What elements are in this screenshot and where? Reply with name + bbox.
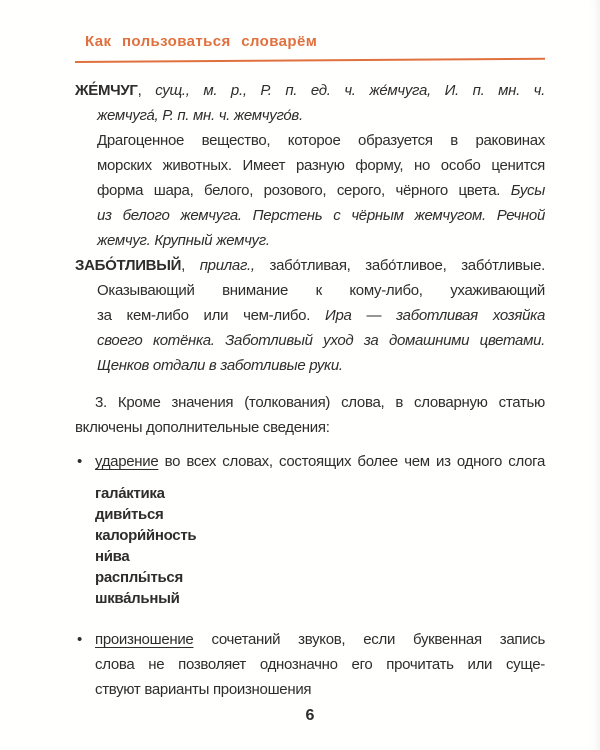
text-line: ЖЕ́МЧУГ, сущ., м. р., Р. п. ед. ч. же́мч… xyxy=(75,78,545,103)
para-3-intro: 3. Кроме значения (толкования) слова, в … xyxy=(75,390,545,440)
text-line: морских животных. Имеет разную форму, но… xyxy=(97,153,545,178)
text-line: ЗАБО́ТЛИВЫЙ, прилаг., забо́тливая, забо́… xyxy=(75,253,545,278)
text-segment: морских животных. Имеет разную форму, но… xyxy=(97,157,545,174)
text-segment: включены дополнительные сведения: xyxy=(75,419,330,436)
text-segment: Драгоценное вещество, которое образуется… xyxy=(97,132,545,149)
text-segment: из белого жемчуга. Перстень с чёрным жем… xyxy=(97,207,545,224)
text-line: форма шара, белого, розового, серого, чё… xyxy=(97,178,545,203)
text-segment: форма шара, белого, розового, серого, чё… xyxy=(97,182,511,199)
text-segment: жемчуга́, Р. п. мн. ч. жемчуго́в. xyxy=(97,107,303,124)
text-segment: калори́йность xyxy=(95,527,196,544)
text-segment: своего котёнка. Заботливый уход за домаш… xyxy=(97,332,545,349)
text-segment: прилаг., xyxy=(200,257,255,274)
text-segment: ЖЕ́МЧУГ xyxy=(75,82,138,99)
text-line: гала́ктика xyxy=(95,483,545,504)
entry-zhemchug: ЖЕ́МЧУГ, сущ., м. р., Р. п. ед. ч. же́мч… xyxy=(75,78,545,253)
text-line: ни́ва xyxy=(95,546,545,567)
text-line: ударение во всех словах, состоящих более… xyxy=(95,449,545,474)
text-segment: Щенков отдали в заботливые руки. xyxy=(97,357,343,374)
text-segment: гала́ктика xyxy=(95,485,165,502)
header-rule xyxy=(75,58,545,63)
text-line: расплы́ться xyxy=(95,567,545,588)
text-segment: ЗАБО́ТЛИВЫЙ xyxy=(75,257,181,274)
text-line: своего котёнка. Заботливый уход за домаш… xyxy=(97,328,545,353)
text-line: 3. Кроме значения (толкования) слова, в … xyxy=(95,390,545,415)
text-segment: ни́ва xyxy=(95,548,129,565)
text-line: Щенков отдали в заботливые руки. xyxy=(97,353,545,378)
text-segment: слова не позволяет однозначно его прочит… xyxy=(95,656,545,673)
text-line: ствуют варианты произношения xyxy=(95,677,545,702)
text-line: шква́льный xyxy=(95,588,545,609)
text-line: жемчуг. Крупный жемчуг. xyxy=(97,228,545,253)
word-list: гала́ктикадиви́тьсякалори́йностьни́варас… xyxy=(75,483,545,609)
bullet-proiznoshenie: •произношение сочетаний звуков, если бук… xyxy=(75,627,545,702)
text-segment: произношение xyxy=(95,631,193,648)
text-segment: ударение xyxy=(95,453,158,470)
page-number: 6 xyxy=(75,705,545,727)
text-line: включены дополнительные сведения: xyxy=(75,415,545,440)
text-segment: ствуют варианты произношения xyxy=(95,681,311,698)
text-segment: 3. Кроме значения (толкования) слова, в … xyxy=(95,394,545,411)
text-segment: , xyxy=(138,82,156,99)
text-segment: сущ., м. р., Р. п. ед. ч. же́мчуга, И. п… xyxy=(155,82,545,99)
content-blocks: ЖЕ́МЧУГ, сущ., м. р., Р. п. ед. ч. же́мч… xyxy=(75,78,545,702)
text-segment: расплы́ться xyxy=(95,569,183,586)
text-segment: жемчуг. Крупный жемчуг. xyxy=(97,232,270,249)
text-line: за кем-либо или чем-либо. Ира — заботлив… xyxy=(97,303,545,328)
text-segment: сочетаний звуков, если буквенная запись xyxy=(193,631,545,648)
bullet-udarenie: •ударение во всех словах, состоящих боле… xyxy=(75,449,545,474)
text-line: диви́ться xyxy=(95,504,545,525)
text-segment: забо́тливая, забо́тливое, забо́тливые. xyxy=(255,257,545,274)
text-segment: Ира — заботливая хозяйка xyxy=(325,307,545,324)
text-segment: Бусы xyxy=(511,182,545,199)
text-line: калори́йность xyxy=(95,525,545,546)
section-header-title: Как пользоваться словарём xyxy=(75,32,545,52)
entry-zabotlivyj: ЗАБО́ТЛИВЫЙ, прилаг., забо́тливая, забо́… xyxy=(75,253,545,378)
text-segment: во всех словах, состоящих более чем из о… xyxy=(158,453,545,470)
text-segment: шква́льный xyxy=(95,590,180,607)
bullet-dot: • xyxy=(77,627,82,652)
text-line: из белого жемчуга. Перстень с чёрным жем… xyxy=(97,203,545,228)
bullet-dot: • xyxy=(77,449,82,474)
text-line: произношение сочетаний звуков, если букв… xyxy=(95,627,545,652)
text-line: Драгоценное вещество, которое образуется… xyxy=(97,128,545,153)
text-line: Оказывающий внимание к кому-либо, ухажив… xyxy=(97,278,545,303)
text-line: жемчуга́, Р. п. мн. ч. жемчуго́в. xyxy=(97,103,545,128)
text-segment: за кем-либо или чем-либо. xyxy=(97,307,325,324)
text-segment: , xyxy=(181,257,200,274)
text-segment: диви́ться xyxy=(95,506,163,523)
text-line: слова не позволяет однозначно его прочит… xyxy=(95,652,545,677)
book-page: Как пользоваться словарём ЖЕ́МЧУГ, сущ.,… xyxy=(0,0,600,750)
text-segment: Оказывающий внимание к кому-либо, ухажив… xyxy=(97,282,545,299)
